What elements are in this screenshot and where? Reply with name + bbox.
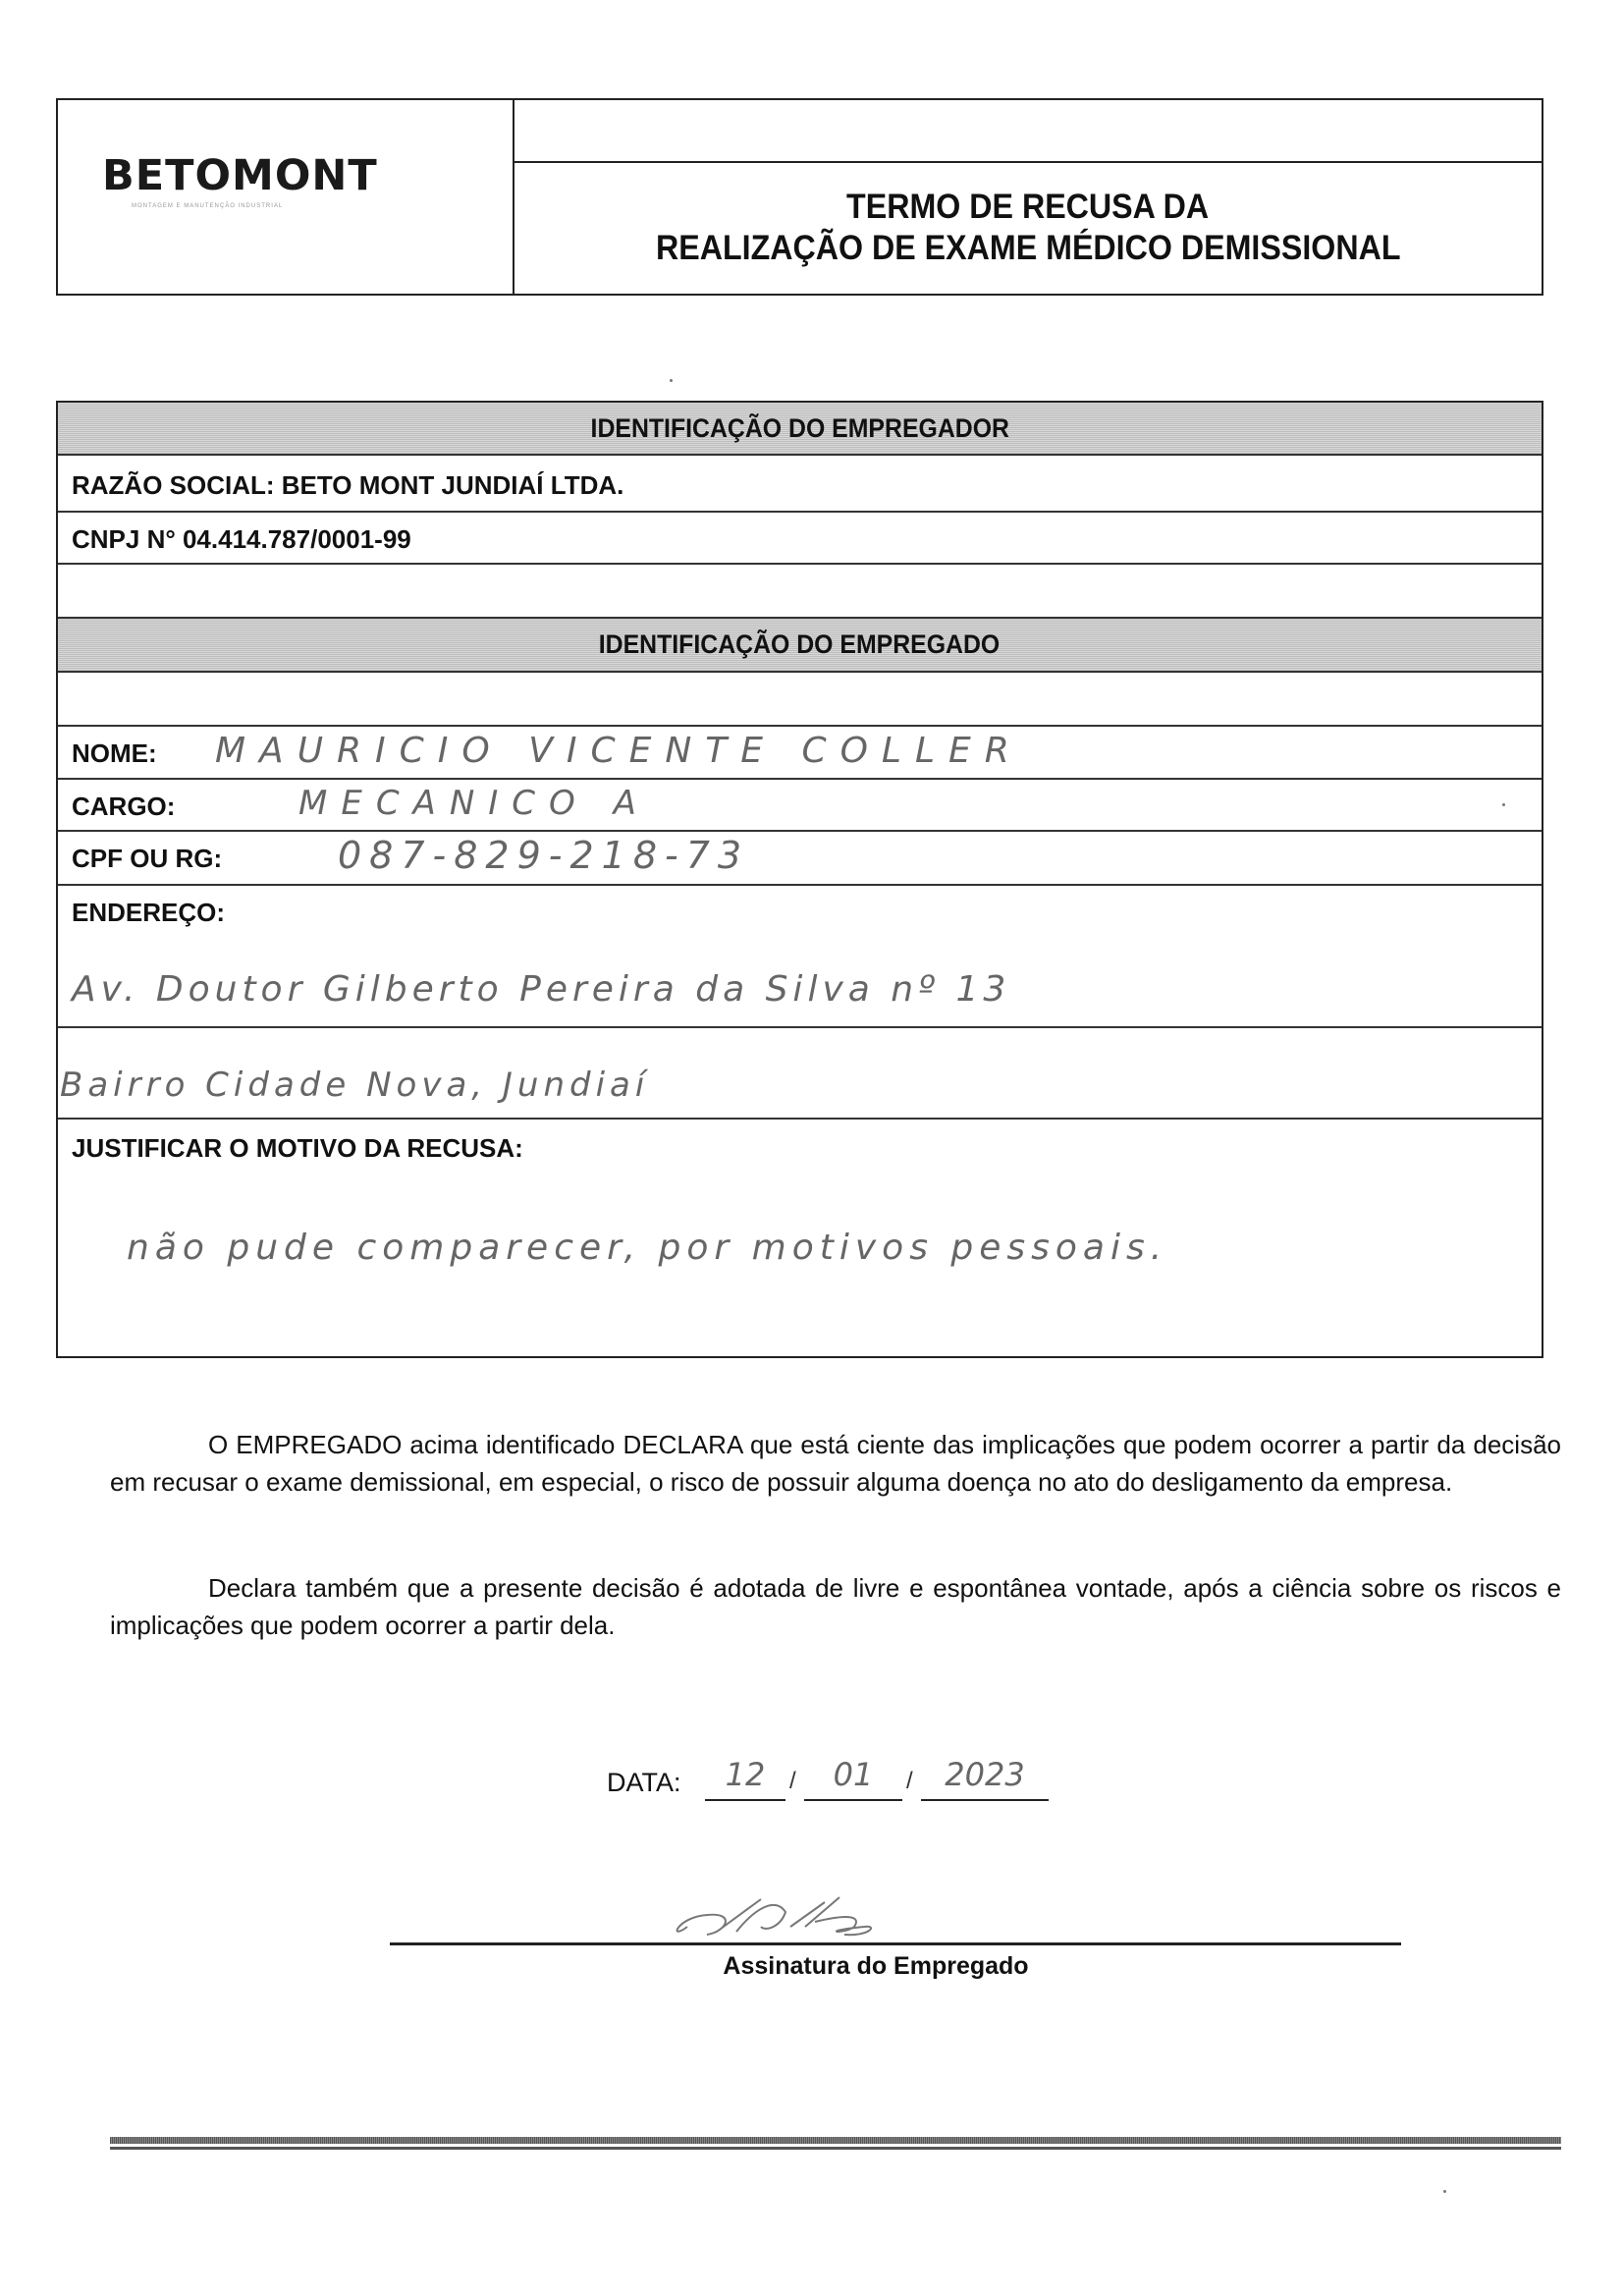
signature-line[interactable] xyxy=(390,1942,1401,1945)
document-title: TERMO DE RECUSA DA REALIZAÇÃO DE EXAME M… xyxy=(514,161,1542,294)
cargo-field[interactable]: MECANICO A xyxy=(298,784,650,823)
nome-label: NOME: xyxy=(72,738,157,769)
employee-section-header: IDENTIFICAÇÃO DO EMPREGADO xyxy=(58,619,1542,673)
date-year-field[interactable]: 2023 xyxy=(921,1756,1049,1801)
company-logo: BETOMONT xyxy=(102,151,378,200)
endereco-line-1[interactable]: Av. Doutor Gilberto Pereira da Silva nº … xyxy=(72,969,1010,1010)
declaration-paragraph-1: O EMPREGADO acima identificado DECLARA q… xyxy=(110,1426,1561,1501)
header-top-cell xyxy=(514,100,1542,163)
date-separator: / xyxy=(906,1768,913,1795)
cargo-row: CARGO: MECANICO A xyxy=(58,780,1542,832)
logo-cell: BETOMONT MONTAGEM E MANUTENÇÃO INDUSTRIA… xyxy=(58,100,514,294)
scan-speck xyxy=(670,379,673,382)
endereco-row-2: Bairro Cidade Nova, Jundiaí xyxy=(58,1028,1542,1120)
employee-section-title: IDENTIFICAÇÃO DO EMPREGADO xyxy=(599,629,1000,660)
empty-row-2 xyxy=(58,673,1542,727)
cpf-row: CPF OU RG: 087-829-218-73 xyxy=(58,832,1542,886)
cnpj-row: CNPJ N° 04.414.787/0001-99 xyxy=(58,513,1542,565)
razao-social: RAZÃO SOCIAL: BETO MONT JUNDIAÍ LTDA. xyxy=(72,470,623,501)
cpf-label: CPF OU RG: xyxy=(72,844,222,874)
document-header: BETOMONT MONTAGEM E MANUTENÇÃO INDUSTRIA… xyxy=(56,98,1543,296)
footer-divider xyxy=(110,2137,1561,2144)
logo-tagline: MONTAGEM E MANUTENÇÃO INDUSTRIAL xyxy=(132,203,283,209)
motivo-field[interactable]: não pude comparecer, por motivos pessoai… xyxy=(127,1228,1167,1268)
empty-row xyxy=(58,565,1542,619)
date-month-field[interactable]: 01 xyxy=(804,1756,902,1801)
declaration-text-1: O EMPREGADO acima identificado DECLARA q… xyxy=(110,1430,1561,1497)
title-line-2: REALIZAÇÃO DE EXAME MÉDICO DEMISSIONAL xyxy=(656,228,1401,269)
date-separator: / xyxy=(789,1768,796,1795)
endereco-row-1: ENDEREÇO: Av. Doutor Gilberto Pereira da… xyxy=(58,886,1542,1028)
razao-social-row: RAZÃO SOCIAL: BETO MONT JUNDIAÍ LTDA. xyxy=(58,456,1542,513)
identification-table: IDENTIFICAÇÃO DO EMPREGADOR RAZÃO SOCIAL… xyxy=(56,401,1543,1358)
cargo-label: CARGO: xyxy=(72,792,175,822)
nome-row: NOME: MAURICIO VICENTE COLLER xyxy=(58,727,1542,780)
scan-speck xyxy=(1502,803,1505,806)
scan-speck xyxy=(1443,2190,1446,2193)
cnpj: CNPJ N° 04.414.787/0001-99 xyxy=(72,524,411,555)
footer-divider-thin xyxy=(110,2147,1561,2150)
endereco-line-2[interactable]: Bairro Cidade Nova, Jundiaí xyxy=(60,1066,649,1105)
signature-mark xyxy=(668,1887,923,1946)
date-label: DATA: xyxy=(607,1768,681,1798)
title-line-1: TERMO DE RECUSA DA xyxy=(846,187,1209,228)
cpf-field[interactable]: 087-829-218-73 xyxy=(338,834,749,877)
motivo-row: JUSTIFICAR O MOTIVO DA RECUSA: não pude … xyxy=(58,1120,1542,1356)
employer-section-title: IDENTIFICAÇÃO DO EMPREGADOR xyxy=(590,413,1008,444)
employer-section-header: IDENTIFICAÇÃO DO EMPREGADOR xyxy=(58,403,1542,456)
endereco-label: ENDEREÇO: xyxy=(72,898,225,928)
declaration-paragraph-2: Declara também que a presente decisão é … xyxy=(110,1569,1561,1644)
nome-field[interactable]: MAURICIO VICENTE COLLER xyxy=(215,731,1023,771)
date-day-field[interactable]: 12 xyxy=(705,1756,785,1801)
signature-label: Assinatura do Empregado xyxy=(0,1952,1624,1981)
motivo-label: JUSTIFICAR O MOTIVO DA RECUSA: xyxy=(72,1133,523,1164)
declaration-text-2: Declara também que a presente decisão é … xyxy=(110,1573,1561,1640)
